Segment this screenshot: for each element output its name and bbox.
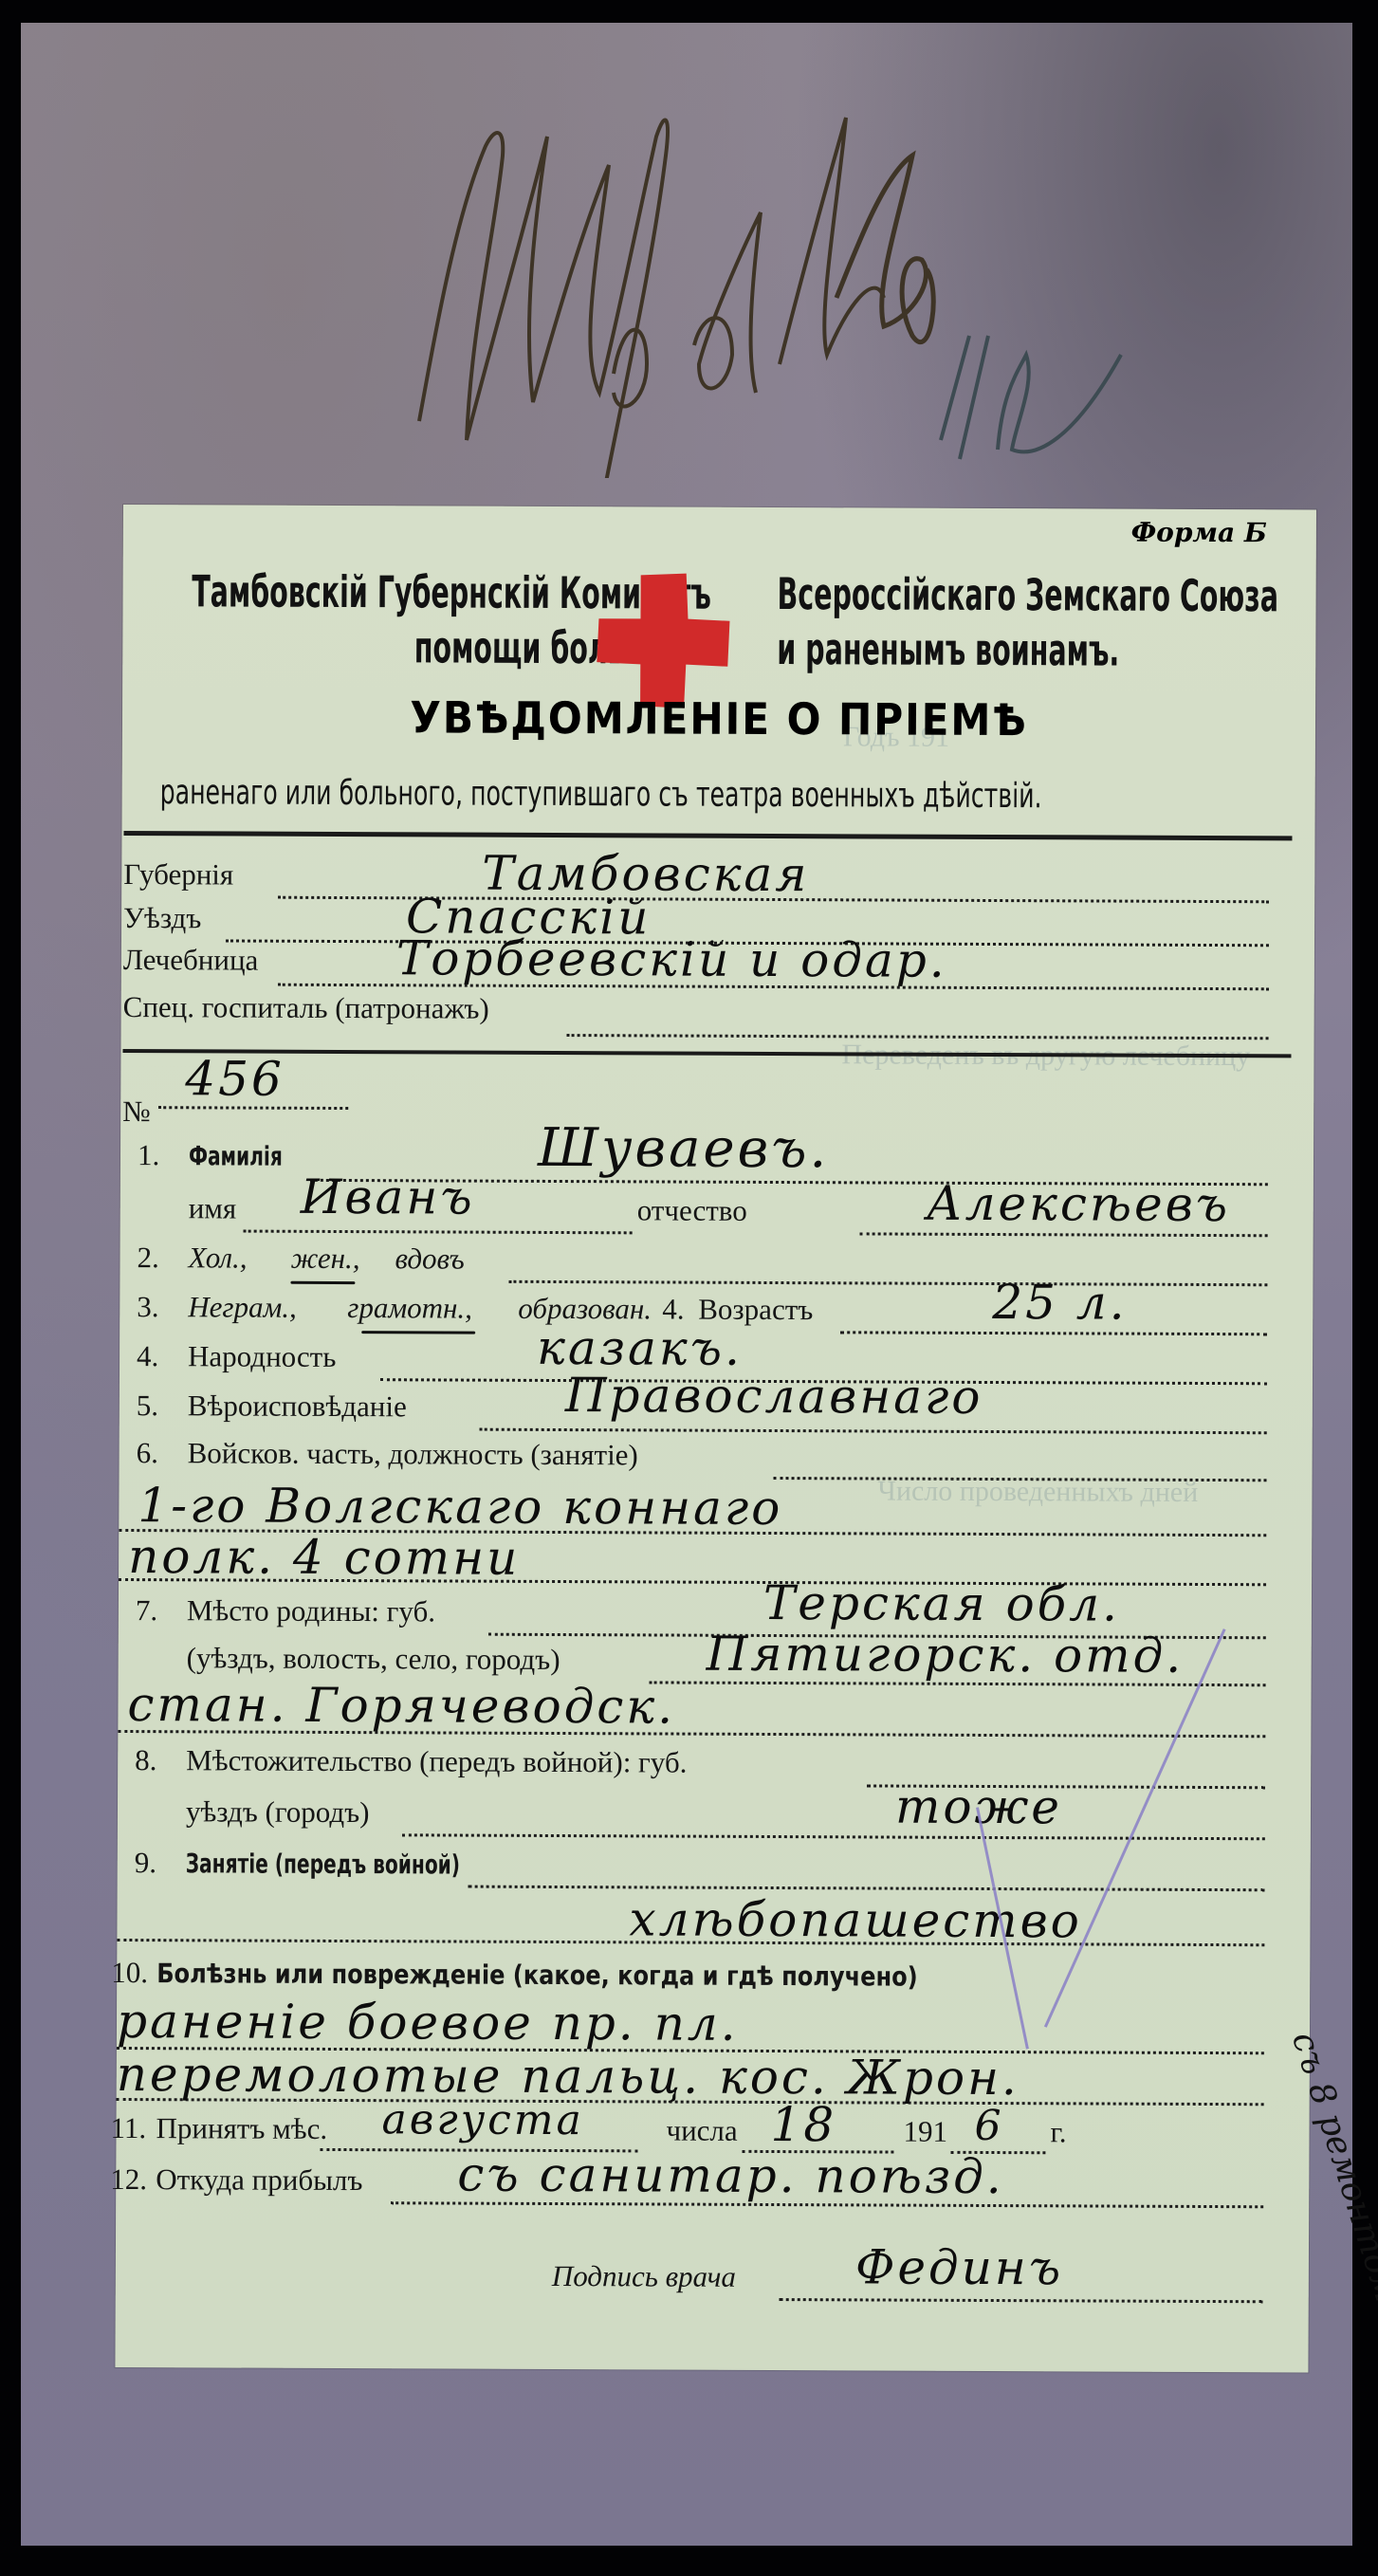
label-spec-hospital: Спец. госпиталь (патронажъ): [123, 990, 489, 1026]
field-military-unit-value-1: 1-го Волгскаго коннаго: [138, 1478, 782, 1536]
field-birthplace-detail-value-2: стан. Горячеводск.: [127, 1677, 675, 1735]
header-rule: [123, 831, 1292, 840]
label-nationality: Народность: [188, 1339, 336, 1374]
label-military-unit: Войсков. часть, должность (занятіе): [188, 1436, 638, 1472]
field-doctor-signature-line: [780, 2298, 1263, 2303]
field-arrived-from-value: съ санитар. поѣзд.: [457, 2147, 1004, 2205]
field-residence-uezd-line: [402, 1833, 1265, 1840]
item-number-5: 5.: [137, 1389, 158, 1423]
field-doctor-signature-value: Фединъ: [855, 2239, 1064, 2295]
option-widowed[interactable]: вдовъ: [395, 1242, 464, 1276]
item-number-12: 12.: [110, 2162, 147, 2197]
label-year-prefix: 191: [903, 2115, 947, 2149]
cover-file-number: [931, 279, 1140, 469]
label-doctor-signature: Подпись врача: [552, 2259, 736, 2294]
label-admitted: Принятъ мѣс.: [156, 2111, 327, 2146]
label-lechebnitsa: Лечебница: [123, 943, 259, 978]
field-military-unit-value-2: полк. 4 сотни: [128, 1529, 520, 1586]
field-patronymic-value: Алексѣевъ: [927, 1176, 1231, 1232]
label-occupation: Занятіе (передъ войной): [186, 1848, 460, 1880]
field-admitted-year: 6: [974, 2102, 1003, 2150]
field-birthplace-detail-value: Пятигорск. отд.: [707, 1627, 1185, 1684]
field-patronymic-line: [860, 1232, 1268, 1237]
selected-underline-married: [290, 1281, 355, 1284]
item-number-2: 2.: [137, 1241, 158, 1275]
margin-note: съ 8 ремонтомъ нога № 426: [1284, 2028, 1378, 2529]
option-married[interactable]: жен.,: [290, 1242, 359, 1276]
selected-underline-literate: [361, 1331, 475, 1334]
label-year-end: г.: [1050, 2115, 1066, 2149]
field-age-value: 25 л.: [992, 1275, 1128, 1331]
field-occupation-line: [469, 1886, 1265, 1892]
label-surname: Фамилія: [189, 1140, 283, 1171]
label-arrived-from: Откуда прибылъ: [156, 2162, 362, 2198]
header-right-line-1: Всероссійскаго Земскаго Союза: [777, 566, 1278, 623]
label-birthplace: Мѣсто родины: губ.: [187, 1593, 435, 1628]
form-label: Форма Б: [1131, 517, 1267, 549]
field-age-line: [840, 1331, 1267, 1335]
item-number-6: 6.: [137, 1436, 158, 1470]
label-guberniya: Губернія: [123, 857, 233, 892]
field-admitted-month: августа: [381, 2095, 583, 2144]
field-marital-line: [508, 1280, 1267, 1286]
field-number-value: 456: [185, 1051, 285, 1106]
label-birthplace-detail: (уѣздъ, волость, село, городъ): [187, 1641, 560, 1677]
header-right-line-2: и раненымъ воинамъ.: [777, 621, 1119, 678]
field-religion-value: Православнаго: [565, 1368, 983, 1425]
label-patronymic: отчество: [637, 1193, 747, 1228]
field-first-name-value: Иванъ: [301, 1169, 475, 1225]
field-religion-line: [480, 1428, 1267, 1435]
label-religion: Вѣроисповѣданіе: [188, 1389, 407, 1424]
violet-check-right-stroke: [1044, 1628, 1226, 2028]
field-lechebnitsa-value: Торбеевскій и одар.: [396, 930, 947, 988]
option-literate[interactable]: грамотн.,: [347, 1291, 472, 1326]
label-first-name: имя: [189, 1191, 237, 1225]
item-number-11: 11.: [110, 2111, 146, 2145]
item-number-3: 3.: [137, 1290, 158, 1324]
label-number: №: [122, 1095, 151, 1129]
item-number-1: 1.: [138, 1138, 159, 1172]
item-number-4-nationality: 4.: [137, 1339, 158, 1373]
option-illiterate[interactable]: Неграм.,: [188, 1290, 297, 1324]
admission-notice-form: Годъ 191 Переведенъ въ другую лечебницу …: [115, 505, 1316, 2372]
item-number-10: 10.: [111, 1956, 148, 1990]
label-uezd: Уѣздъ: [123, 901, 201, 935]
label-residence-uezd: уѣздъ (городъ): [186, 1794, 370, 1830]
field-number-line: [158, 1106, 348, 1110]
form-title: УВѢДОМЛЕНІЕ О ПРІЕМѢ: [122, 690, 1315, 746]
header-union: Всероссійскаго Земскаго Союза и раненымъ…: [777, 566, 1378, 680]
label-day: числа: [666, 2114, 737, 2148]
item-number-7: 7.: [136, 1593, 157, 1628]
field-birthplace-value: Терская обл.: [763, 1575, 1120, 1632]
item-number-9: 9.: [135, 1846, 156, 1880]
field-admitted-day: 18: [770, 2097, 836, 2152]
field-illness-value-1: раненіе боевое пр. пл.: [117, 1994, 739, 2052]
field-surname-value: Шуваевъ.: [538, 1117, 830, 1180]
item-number-8: 8.: [135, 1743, 156, 1777]
option-single[interactable]: Хол.,: [188, 1241, 247, 1275]
form-subtitle: раненаго или больного, поступившаго съ т…: [160, 772, 1378, 819]
archival-card-backing: Годъ 191 Переведенъ въ другую лечебницу …: [21, 23, 1352, 2546]
red-cross-icon: [591, 569, 734, 712]
label-residence: Мѣстожительство (передъ войной): губ.: [186, 1743, 687, 1779]
field-occupation-value: хлѣбопашество: [629, 1891, 1082, 1948]
field-first-name-line: [244, 1230, 633, 1235]
label-illness: Болѣзнь или поврежденіе (какое, когда и …: [156, 1958, 918, 1993]
